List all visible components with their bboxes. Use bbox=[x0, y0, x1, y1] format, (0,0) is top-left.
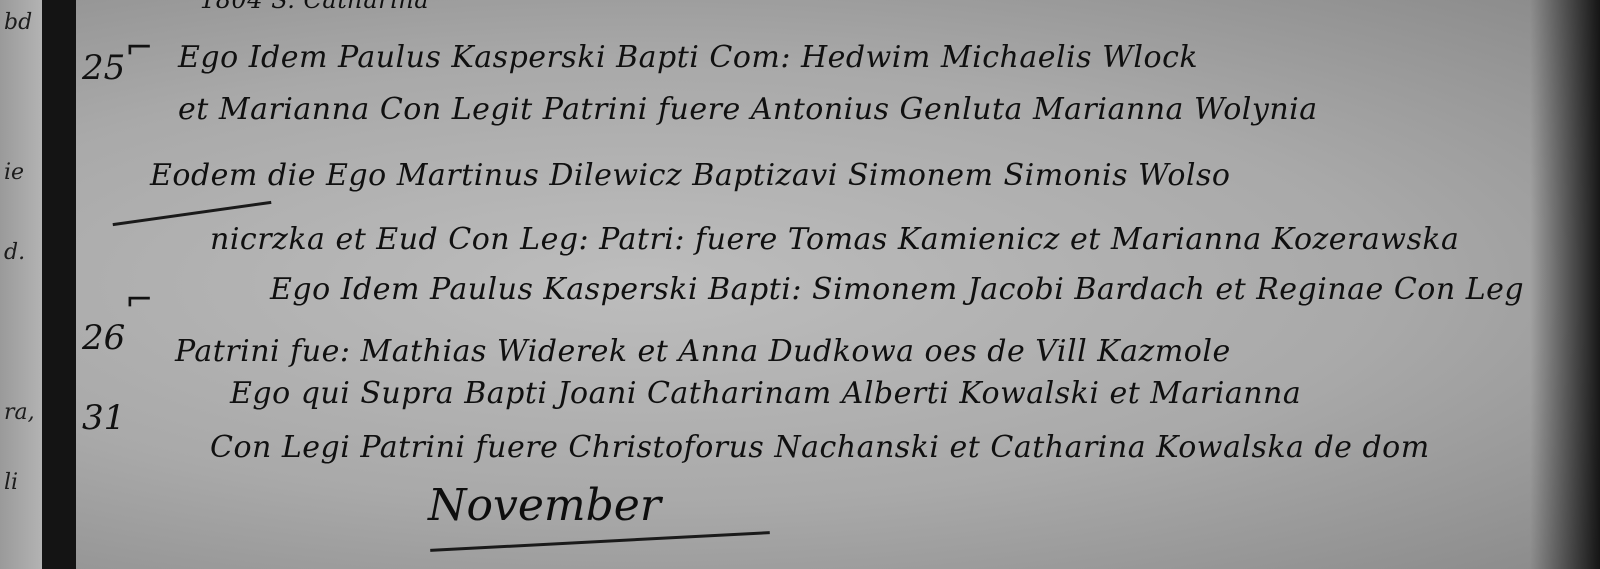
header-fragment: 1804 S. Catharina bbox=[200, 0, 429, 14]
entry-line: et Marianna Con Legit Patrini fuere Anto… bbox=[178, 92, 1318, 127]
entry-line: Ego qui Supra Bapti Joani Catharinam Alb… bbox=[230, 376, 1301, 411]
entry-bracket-icon: ⌐ bbox=[125, 280, 154, 320]
entry-number: 25 bbox=[82, 48, 125, 88]
entry-line: Patrini fue: Mathias Widerek et Anna Dud… bbox=[175, 334, 1231, 369]
entry-line: Con Legi Patrini fuere Christoforus Nach… bbox=[210, 430, 1430, 465]
entry-line: Ego Idem Paulus Kasperski Bapti: Simonem… bbox=[270, 272, 1524, 307]
margin-fragment: ie bbox=[4, 160, 24, 185]
entry-number: 31 bbox=[82, 398, 125, 438]
margin-fragment: bd bbox=[4, 10, 32, 35]
book-binding bbox=[42, 0, 76, 569]
entry-line: Ego Idem Paulus Kasperski Bapti Com: Hed… bbox=[178, 40, 1198, 75]
entry-line: nicrzka et Eud Con Leg: Patri: fuere Tom… bbox=[210, 222, 1459, 257]
page-edge-shadow bbox=[1530, 0, 1600, 569]
margin-fragment: ra, bbox=[4, 400, 35, 425]
underline bbox=[430, 531, 770, 552]
register-page: bd ie d. ra, li 1804 S. Catharina ⌐ 25 E… bbox=[0, 0, 1600, 569]
entry-line: Eodem die Ego Martinus Dilewicz Baptizav… bbox=[150, 158, 1230, 193]
margin-fragment: d. bbox=[4, 240, 25, 265]
month-heading: November bbox=[428, 480, 661, 531]
margin-fragment: li bbox=[4, 470, 18, 495]
entry-bracket-icon: ⌐ bbox=[125, 28, 154, 68]
entry-number: 26 bbox=[82, 318, 125, 358]
